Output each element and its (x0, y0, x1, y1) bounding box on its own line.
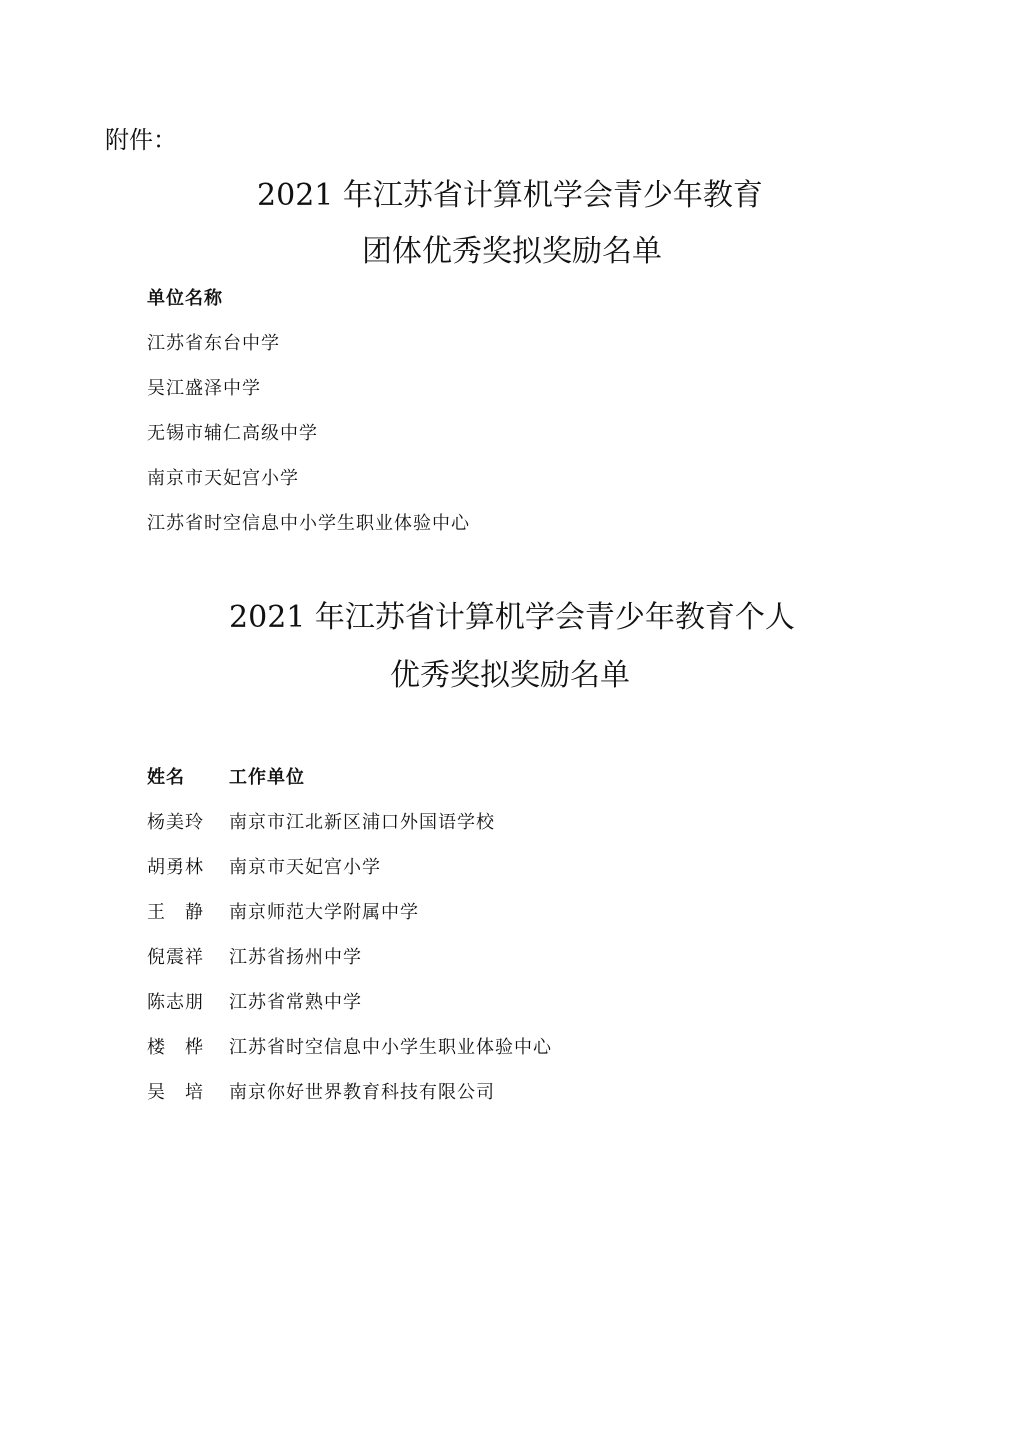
person-name: 楼 桦 (147, 1035, 229, 1080)
table-row: 倪震祥 江苏省扬州中学 (147, 945, 552, 990)
list-item: 吴江盛泽中学 (147, 375, 470, 420)
org-header: 工作单位 (229, 765, 305, 810)
person-org: 南京你好世界教育科技有限公司 (229, 1080, 495, 1125)
list-item: 江苏省时空信息中小学生职业体验中心 (147, 510, 470, 555)
list-item: 江苏省东台中学 (147, 330, 470, 375)
table-row: 陈志朋 江苏省常熟中学 (147, 990, 552, 1035)
person-name: 吴 培 (147, 1080, 229, 1125)
table-row: 吴 培 南京你好世界教育科技有限公司 (147, 1080, 552, 1125)
list-item: 无锡市辅仁高级中学 (147, 420, 470, 465)
person-org: 江苏省扬州中学 (229, 945, 362, 990)
person-org: 南京市天妃宫小学 (229, 855, 381, 900)
table-header: 姓名 工作单位 (147, 765, 552, 810)
person-org: 江苏省时空信息中小学生职业体验中心 (229, 1035, 552, 1080)
team-award-list: 单位名称 江苏省东台中学 吴江盛泽中学 无锡市辅仁高级中学 南京市天妃宫小学 江… (147, 285, 470, 555)
section1-title-line2: 团体优秀奖拟奖励名单 (0, 226, 1024, 270)
person-org: 南京师范大学附属中学 (229, 900, 419, 945)
person-name: 陈志朋 (147, 990, 229, 1035)
person-name: 胡勇林 (147, 855, 229, 900)
section1-title-line1: 2021 年江苏省计算机学会青少年教育 (0, 170, 1022, 214)
person-org: 江苏省常熟中学 (229, 990, 362, 1035)
name-header: 姓名 (147, 765, 229, 810)
table-row: 王 静 南京师范大学附属中学 (147, 900, 552, 945)
table-row: 胡勇林 南京市天妃宫小学 (147, 855, 552, 900)
person-name: 杨美玲 (147, 810, 229, 855)
table-row: 杨美玲 南京市江北新区浦口外国语学校 (147, 810, 552, 855)
section2-title-line2: 优秀奖拟奖励名单 (0, 650, 1022, 694)
person-org: 南京市江北新区浦口外国语学校 (229, 810, 495, 855)
attachment-label: 附件： (105, 120, 177, 155)
list-item: 南京市天妃宫小学 (147, 465, 470, 510)
individual-award-table: 姓名 工作单位 杨美玲 南京市江北新区浦口外国语学校 胡勇林 南京市天妃宫小学 … (147, 765, 552, 1125)
person-name: 王 静 (147, 900, 229, 945)
person-name: 倪震祥 (147, 945, 229, 990)
section2-title-line1: 2021 年江苏省计算机学会青少年教育个人 (0, 592, 1024, 636)
table-row: 楼 桦 江苏省时空信息中小学生职业体验中心 (147, 1035, 552, 1080)
unit-name-header: 单位名称 (147, 285, 470, 330)
